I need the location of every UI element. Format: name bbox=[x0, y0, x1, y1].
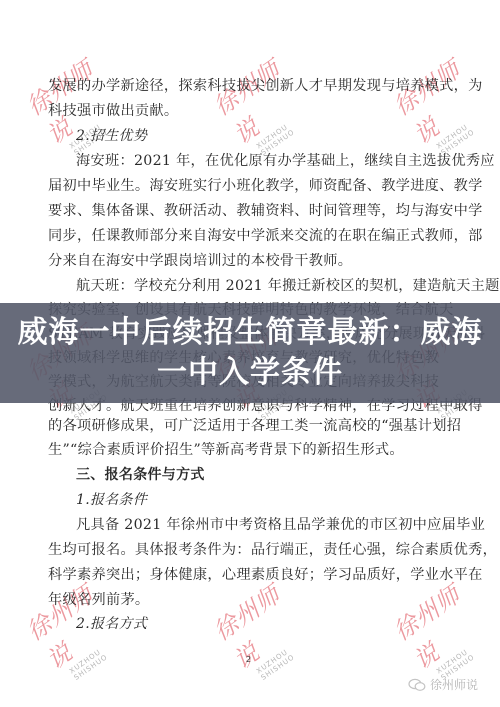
subheading-admission-advantages: 2.招生优势 bbox=[76, 126, 481, 146]
body-text-line: 生均可报名。具体报考条件为：品行端正，责任心强，综合素质优秀， bbox=[48, 540, 453, 560]
subheading-registration-method: 2.报名方式 bbox=[76, 614, 481, 634]
body-text-line: 同步，任课教师部分来自海安中学派来交流的在职在编正式教师，部 bbox=[48, 226, 453, 246]
body-text-line: 航天班：学校充分利用 2021 年搬迁新校区的契机，建造航天主题 bbox=[76, 276, 481, 296]
body-text-line: 届初中毕业生。海安班实行小班化教学，师资配备、教学进度、教学 bbox=[48, 176, 453, 196]
body-text-line: 发展的办学新途径，探索科技拔尖创新人才早期发现与培养模式，为 bbox=[48, 76, 453, 96]
subheading-registration-conditions: 1.报名条件 bbox=[76, 490, 481, 510]
page-number: 2 bbox=[246, 655, 251, 664]
body-text-line: 凡具备 2021 年徐州市中考资格且品学兼优的市区初中应届毕业 bbox=[76, 515, 481, 535]
source-attribution: 徐州师说 bbox=[408, 676, 478, 693]
source-name: 徐州师说 bbox=[430, 676, 478, 693]
body-text-line: 年级名列前茅。 bbox=[48, 590, 453, 610]
document-page: 徐州师说XUZHOU SHISHUO 徐州师说XUZHOU SHISHUO 徐州… bbox=[0, 0, 500, 707]
section-heading-registration: 三、报名条件与方式 bbox=[76, 465, 481, 485]
body-text-line: 科学素养突出；身体健康，心理素质良好；学习品质好，学业水平在 bbox=[48, 565, 453, 585]
body-text-line: 分来自在海安中学跟岗培训过的本校骨干教师。 bbox=[48, 251, 453, 271]
article-title: 威海一中后续招生简章最新：威海一中入学条件 bbox=[15, 313, 485, 393]
body-text-line: 海安班：2021 年，在优化原有办学基础上，继续自主选拔优秀应 bbox=[76, 151, 481, 171]
body-text-line: 科技强市做出贡献。 bbox=[48, 101, 453, 121]
body-text-line: 的各项研修成果，可广泛适用于各理工类一流高校的“强基计划招 bbox=[48, 416, 453, 436]
wechat-chat-icon bbox=[408, 678, 426, 692]
title-banner: 威海一中后续招生简章最新：威海一中入学条件 bbox=[0, 303, 500, 403]
body-text-line: 生”“综合素质评价招生”等新高考背景下的新招生形式。 bbox=[48, 440, 453, 460]
body-text-line: 要求、集体备课、教研活动、教辅资料、时间管理等，均与海安中学 bbox=[48, 201, 453, 221]
